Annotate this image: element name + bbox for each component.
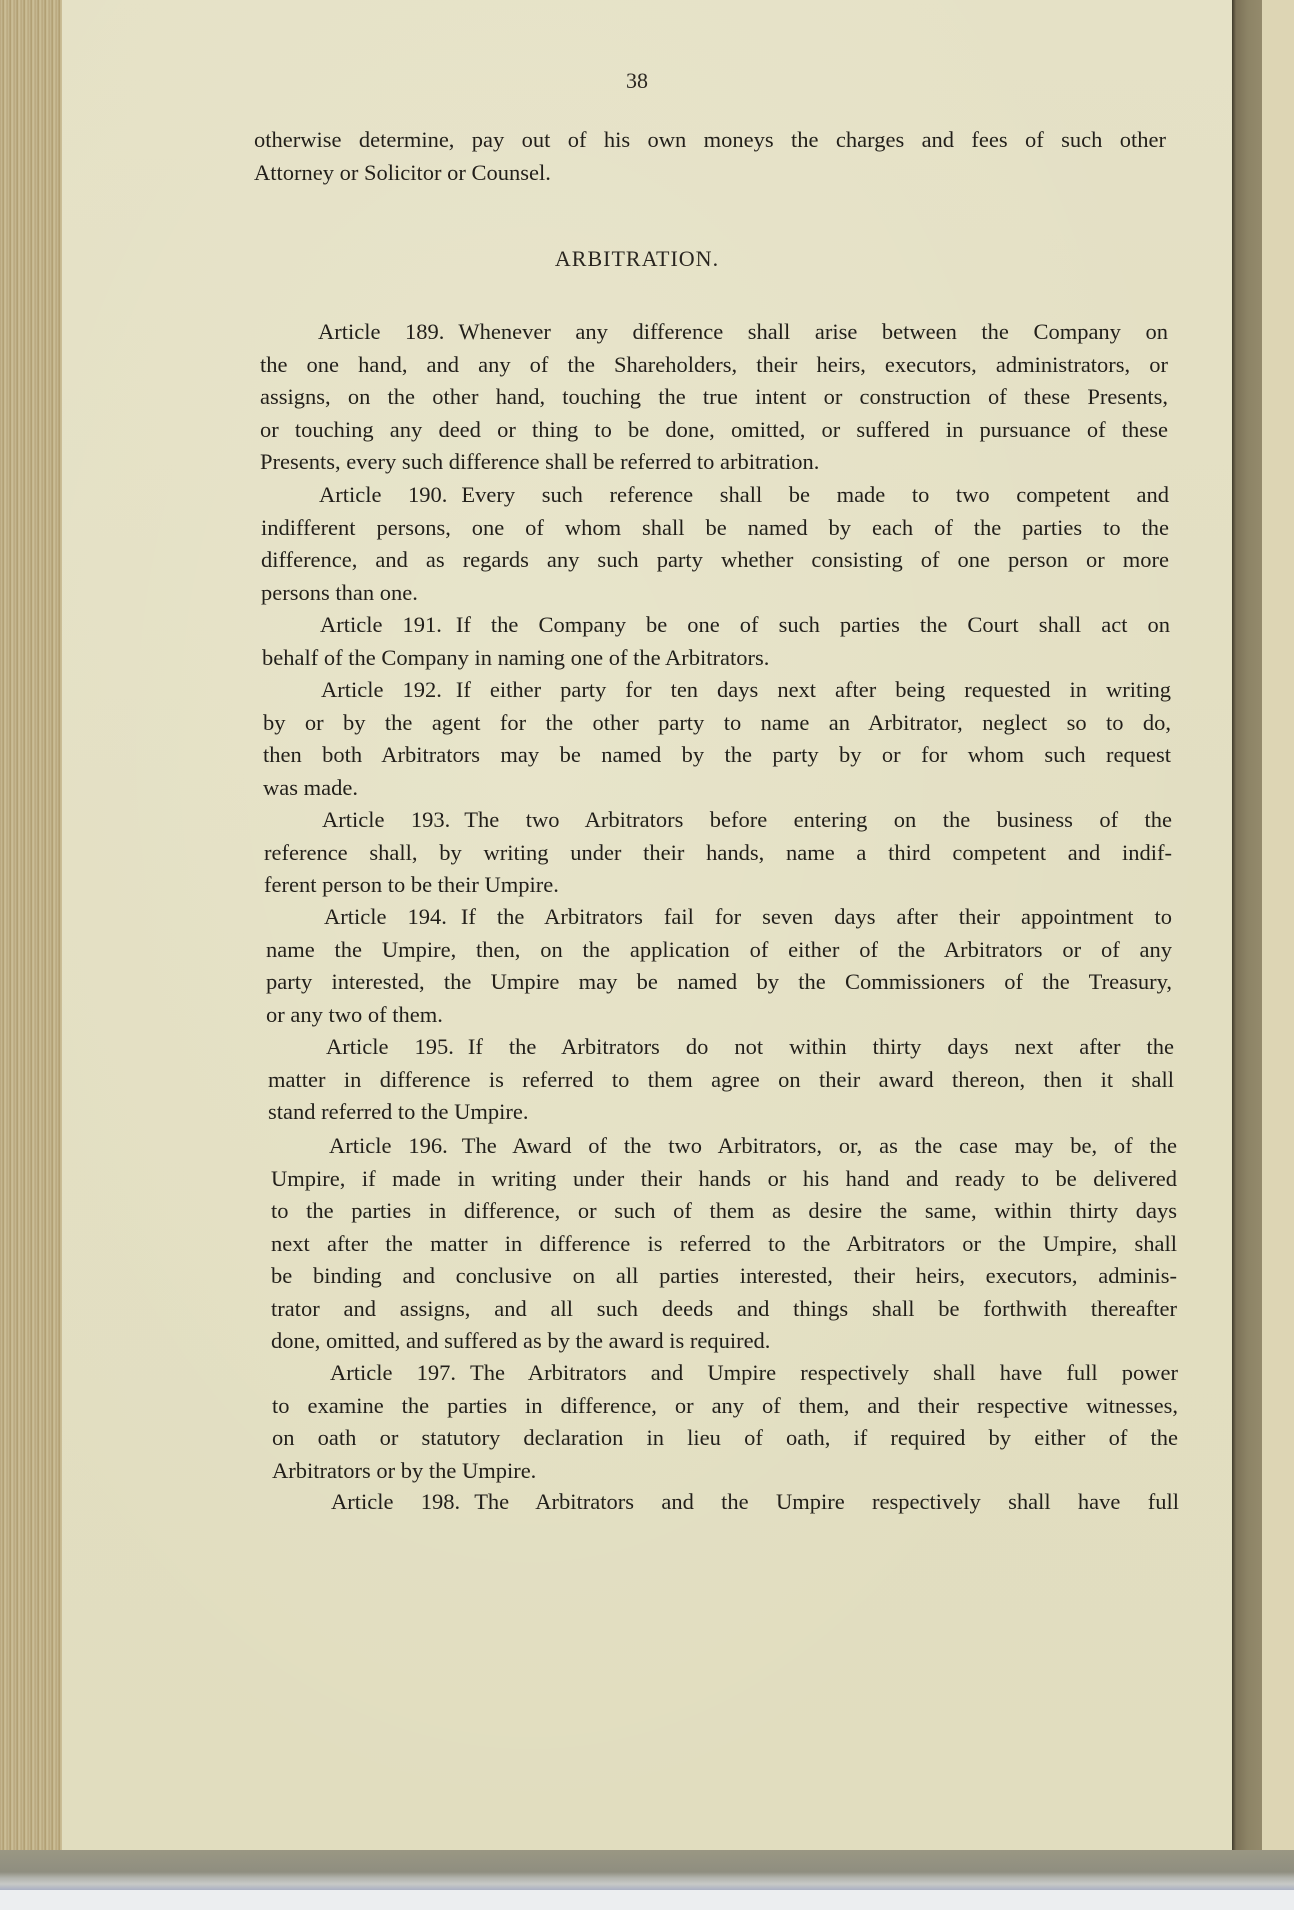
text-line: persons than one. [261, 577, 1169, 610]
text-line: indifferent persons, one of whom shall b… [261, 512, 1169, 545]
text-line: trator and assigns, and all such deeds a… [271, 1293, 1177, 1326]
text-line: behalf of the Company in naming one of t… [262, 642, 1170, 675]
text-line: or any two of them. [266, 999, 1172, 1032]
page-stack-edge [0, 0, 62, 1850]
text-line: by or by the agent for the other party t… [263, 707, 1171, 740]
text-line: difference, and as regards any such part… [261, 544, 1169, 577]
text-line: Every such reference shall be made to tw… [461, 482, 1169, 507]
book-gutter [1232, 0, 1262, 1850]
article-label: Article 196. [329, 1133, 448, 1158]
text-line: or touching any deed or thing to be done… [260, 414, 1168, 447]
text-line: The Arbitrators and Umpire respectively … [470, 1360, 1178, 1385]
article-190: Article 190.Every such reference shall b… [261, 479, 1169, 609]
article-label: Article 198. [331, 1489, 460, 1514]
article-191: Article 191.If the Company be one of suc… [262, 609, 1170, 674]
text-line: If the Arbitrators fail for seven days a… [461, 904, 1172, 929]
text-line: otherwise determine, pay out of his own … [254, 124, 1166, 157]
text-line: to the parties in difference, or such of… [271, 1195, 1177, 1228]
text-line: the one hand, and any of the Shareholder… [260, 349, 1168, 382]
text-line: The Arbitrators and the Umpire respectiv… [474, 1489, 1179, 1514]
article-194: Article 194.If the Arbitrators fail for … [266, 901, 1172, 1031]
article-195: Article 195.If the Arbitrators do not wi… [268, 1031, 1174, 1129]
page-number: 38 [0, 68, 1284, 94]
article-label: Article 193. [322, 807, 450, 832]
text-line: matter in difference is referred to them… [268, 1064, 1174, 1097]
text-line: The Award of the two Arbitrators, or, as… [462, 1133, 1177, 1158]
scanner-bottom-edge [0, 1850, 1294, 1890]
text-line: Attorney or Solicitor or Counsel. [254, 157, 1166, 190]
text-line: to examine the parties in difference, or… [272, 1390, 1178, 1423]
article-193: Article 193.The two Arbitrators before e… [264, 804, 1172, 902]
scanner-bed [0, 1890, 1294, 1910]
text-line: done, omitted, and suffered as by the aw… [271, 1325, 1177, 1358]
text-line: was made. [263, 772, 1171, 805]
article-197: Article 197.The Arbitrators and Umpire r… [272, 1357, 1178, 1487]
text-line: be binding and conclusive on all parties… [271, 1260, 1177, 1293]
article-label: Article 189. [318, 319, 444, 344]
text-line: on oath or statutory declaration in lieu… [272, 1422, 1178, 1455]
text-line: ferent person to be their Umpire. [264, 869, 1172, 902]
text-line: party interested, the Umpire may be name… [266, 966, 1172, 999]
facing-page-edge [1262, 0, 1294, 1850]
article-label: Article 192. [321, 677, 442, 702]
article-196: Article 196.The Award of the two Arbitra… [271, 1130, 1177, 1358]
text-line: If the Company be one of such parties th… [456, 612, 1170, 637]
article-198: Article 198.The Arbitrators and the Umpi… [273, 1486, 1179, 1519]
article-label: Article 190. [319, 482, 447, 507]
text-line: next after the matter in difference is r… [271, 1228, 1177, 1261]
text-line: The two Arbitrators before entering on t… [464, 807, 1172, 832]
text-line: stand referred to the Umpire. [268, 1096, 1174, 1129]
text-line: Umpire, if made in writing under their h… [271, 1163, 1177, 1196]
continuation-paragraph: otherwise determine, pay out of his own … [254, 124, 1166, 189]
article-label: Article 195. [326, 1034, 454, 1059]
article-label: Article 191. [320, 612, 442, 637]
text-line: assigns, on the other hand, touching the… [260, 381, 1168, 414]
text-line: Whenever any difference shall arise betw… [458, 319, 1168, 344]
text-line: name the Umpire, then, on the applicatio… [266, 934, 1172, 967]
article-label: Article 197. [330, 1360, 456, 1385]
text-line: If either party for ten days next after … [456, 677, 1171, 702]
text-line: then both Arbitrators may be named by th… [263, 739, 1171, 772]
article-189: Article 189.Whenever any difference shal… [260, 316, 1168, 479]
text-line: Presents, every such difference shall be… [260, 446, 1168, 479]
section-heading: ARBITRATION. [0, 246, 1284, 272]
article-192: Article 192.If either party for ten days… [263, 674, 1171, 804]
text-line: If the Arbitrators do not within thirty … [468, 1034, 1174, 1059]
text-line: reference shall, by writing under their … [264, 837, 1172, 870]
article-label: Article 194. [324, 904, 447, 929]
text-line: Arbitrators or by the Umpire. [272, 1455, 1178, 1488]
